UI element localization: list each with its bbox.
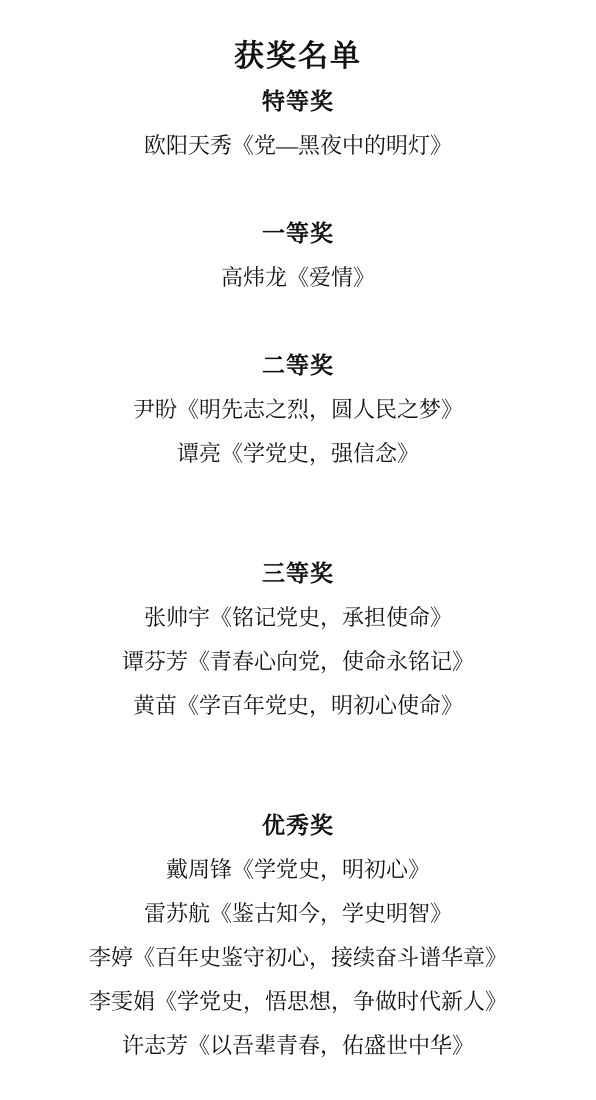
section-heading: 二等奖 xyxy=(0,344,596,388)
award-entry: 谭芬芳《青春心向党，使命永铭记》 xyxy=(0,640,596,684)
award-entry: 欧阳天秀《党—黑夜中的明灯》 xyxy=(0,124,596,168)
award-entry: 戴周锋《学党史，明初心》 xyxy=(0,848,596,892)
award-entry: 雷苏航《鉴古知今，学史明智》 xyxy=(0,892,596,936)
page-title: 获奖名单 xyxy=(0,34,596,80)
award-entry: 李雯娟《学党史，悟思想，争做时代新人》 xyxy=(0,980,596,1024)
section-special-prize: 特等奖 欧阳天秀《党—黑夜中的明灯》 xyxy=(0,80,596,168)
section-heading: 优秀奖 xyxy=(0,804,596,848)
award-entry: 李婷《百年史鉴守初心，接续奋斗谱华章》 xyxy=(0,936,596,980)
award-entry: 许志芳《以吾辈青春，佑盛世中华》 xyxy=(0,1024,596,1068)
award-entry: 黄苗《学百年党史，明初心使命》 xyxy=(0,684,596,728)
award-entry: 尹盼《明先志之烈，圆人民之梦》 xyxy=(0,388,596,432)
section-second-prize: 二等奖 尹盼《明先志之烈，圆人民之梦》 谭亮《学党史，强信念》 xyxy=(0,344,596,476)
section-heading: 一等奖 xyxy=(0,212,596,256)
section-heading: 特等奖 xyxy=(0,80,596,124)
award-list-document: 获奖名单 特等奖 欧阳天秀《党—黑夜中的明灯》 一等奖 高炜龙《爱情》 二等奖 … xyxy=(0,0,596,1068)
section-third-prize: 三等奖 张帅宇《铭记党史，承担使命》 谭芬芳《青春心向党，使命永铭记》 黄苗《学… xyxy=(0,552,596,728)
award-entry: 高炜龙《爱情》 xyxy=(0,256,596,300)
section-first-prize: 一等奖 高炜龙《爱情》 xyxy=(0,212,596,300)
section-heading: 三等奖 xyxy=(0,552,596,596)
section-excellence-prize: 优秀奖 戴周锋《学党史，明初心》 雷苏航《鉴古知今，学史明智》 李婷《百年史鉴守… xyxy=(0,804,596,1068)
award-entry: 张帅宇《铭记党史，承担使命》 xyxy=(0,596,596,640)
award-entry: 谭亮《学党史，强信念》 xyxy=(0,432,596,476)
